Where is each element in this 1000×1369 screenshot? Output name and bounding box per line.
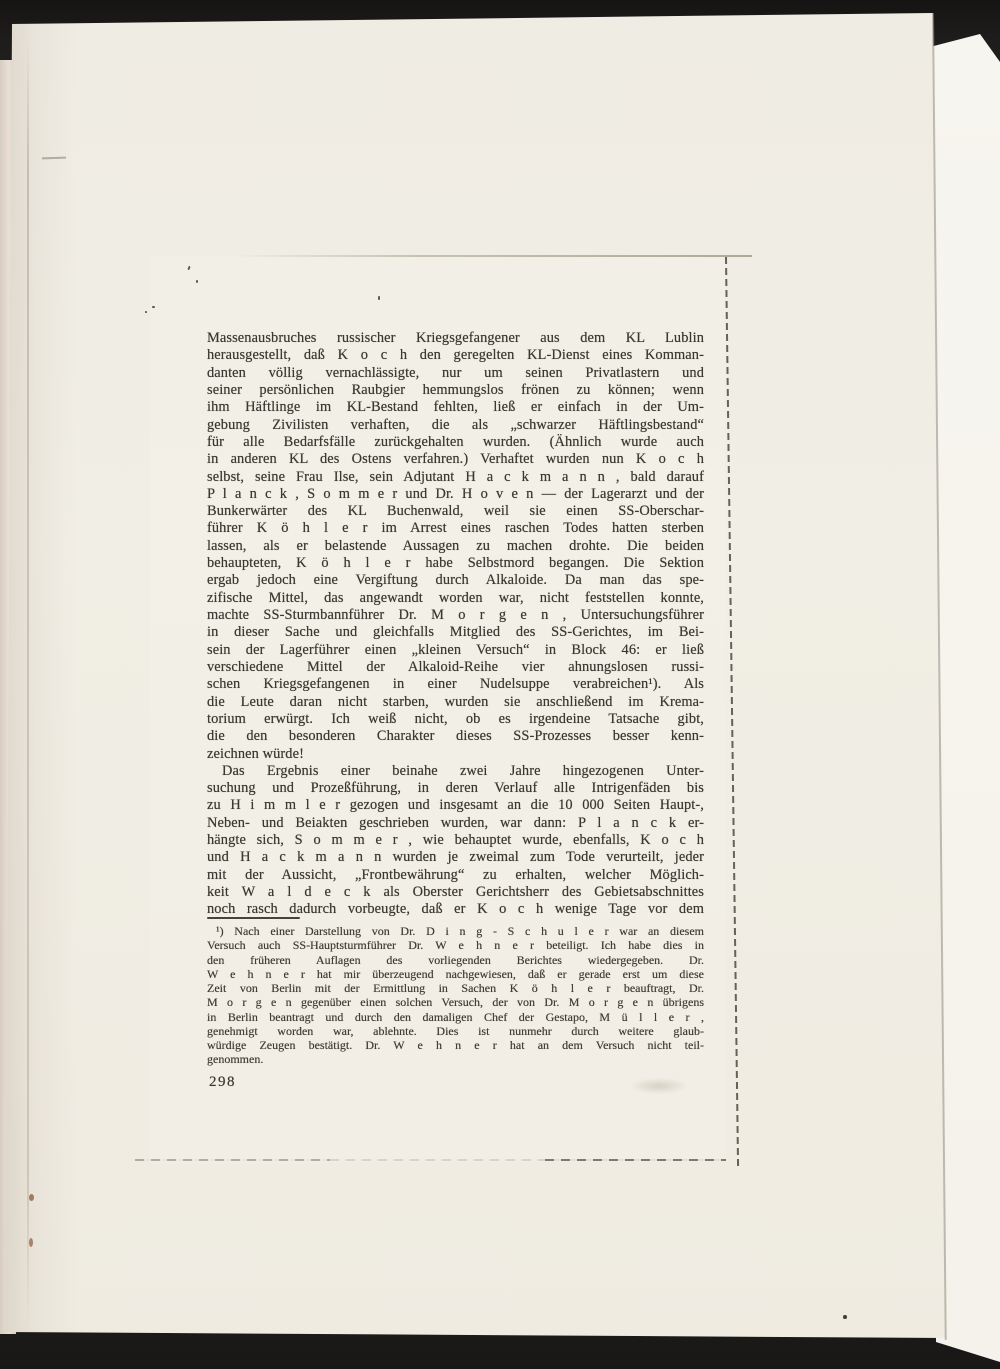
text-line: führer K ö h l e r im Arrest eines rasch… — [207, 520, 704, 537]
page-number: 298 — [209, 1074, 236, 1091]
show-through-smudge — [630, 1078, 688, 1094]
text-line: schen Kriegsgefangenen in einer Nudelsup… — [207, 676, 704, 693]
text-line: zu H i m m l e r gezogen und insgesamt a… — [207, 797, 704, 814]
ink-speck — [843, 1315, 847, 1319]
text-line: gebung Zivilisten verhaften, die als „sc… — [207, 417, 704, 434]
footnote-line: ¹) Nach einer Darstellung von Dr. D i n … — [207, 924, 704, 938]
text-line: lassen, als er belastende Aussagen zu ma… — [207, 538, 704, 555]
photocopy-bottom-edge — [330, 1159, 545, 1161]
book-page: Massenausbruches russischer Kriegsgefang… — [0, 0, 1000, 1369]
text-line: ergab jedoch eine Vergiftung durch Alkal… — [207, 572, 704, 589]
footnote-line: genehmigt worden war, ablehnte. Dies ist… — [207, 1024, 704, 1038]
footnote-line: W e h n e r hat mir überzeugend nachgewi… — [207, 967, 704, 981]
body-text: Massenausbruches russischer Kriegsgefang… — [207, 330, 704, 919]
text-line: mit der Aussicht, „Frontbewährung“ zu er… — [207, 867, 704, 884]
text-line: seiner persönlichen Raubgier hemmungslos… — [207, 382, 704, 399]
ink-speck — [145, 311, 147, 313]
gutter-fold-line — [27, 40, 29, 1328]
footnote-line: genommen. — [207, 1052, 704, 1066]
text-line: und H a c k m a n n wurden je zweimal zu… — [207, 849, 704, 866]
text-line: Massenausbruches russischer Kriegsgefang… — [207, 330, 704, 347]
photocopy-bottom-edge — [135, 1159, 330, 1161]
footnote-text: ¹) Nach einer Darstellung von Dr. D i n … — [207, 924, 704, 1067]
photocopy-bottom-edge — [545, 1159, 726, 1161]
ink-speck — [378, 296, 380, 300]
text-line: sein der Lagerführer einen „kleinen Vers… — [207, 642, 704, 659]
footnote-line: in Berlin beantragt und durch den damali… — [207, 1010, 704, 1024]
text-line: keit W a l d e c k als Oberster Gerichts… — [207, 884, 704, 901]
text-line: die den besonderen Charakter dieses SS-P… — [207, 728, 704, 745]
text-line: torium erwürgt. Ich weiß nicht, ob es ir… — [207, 711, 704, 728]
ink-speck — [152, 306, 155, 308]
text-line: in anderen KL des Ostens verfahren.) Ver… — [207, 451, 704, 468]
text-line: Das Ergebnis einer beinahe zwei Jahre hi… — [207, 763, 704, 780]
ink-speck — [196, 280, 198, 283]
photocopy-right-edge — [725, 257, 739, 1167]
text-line: ihm Häftlinge im KL-Bestand fehlten, lie… — [207, 399, 704, 416]
text-line: die Leute daran nicht starben, wurden si… — [207, 694, 704, 711]
text-line: Neben- und Beiakten geschrieben wurden, … — [207, 815, 704, 832]
text-line: behaupteten, K ö h l e r habe Selbstmord… — [207, 555, 704, 572]
footnote-line: Versuch auch SS-Hauptsturmführer Dr. W e… — [207, 938, 704, 952]
binding-stain — [29, 1238, 33, 1247]
text-line: hängte sich, S o m m e r , wie behauptet… — [207, 832, 704, 849]
text-line: in dieser Sache und gleichfalls Mitglied… — [207, 624, 704, 641]
text-line: verschiedene Mittel der Alkaloid-Reihe v… — [207, 659, 704, 676]
photocopy-top-edge — [230, 255, 752, 257]
text-line: machte SS-Sturmbannführer Dr. M o r g e … — [207, 607, 704, 624]
text-line: suchung und Prozeßführung, in deren Verl… — [207, 780, 704, 797]
text-line: P l a n c k , S o m m e r und Dr. H o v … — [207, 486, 704, 503]
pencil-mark — [42, 157, 66, 160]
text-line: danten völlig vernachlässigte, nur um se… — [207, 365, 704, 382]
text-line: selbst, seine Frau Ilse, sein Adjutant H… — [207, 469, 704, 486]
footnote-line: den früheren Auflagen des vorliegenden B… — [207, 953, 704, 967]
text-line: für alle Bedarfsfälle zurückgehalten wur… — [207, 434, 704, 451]
footnote-line: M o r g e n gegenüber einen solchen Vers… — [207, 995, 704, 1009]
text-line: zeichnen würde! — [207, 746, 704, 763]
binding-stain — [29, 1194, 34, 1201]
footnote-line: Zeit von Berlin mit der Ermittlung in Sa… — [207, 981, 704, 995]
text-line: Bunkerwärter des KL Buchenwald, weil sie… — [207, 503, 704, 520]
text-line: zifische Mittel, das angewandt worden wa… — [207, 590, 704, 607]
text-line: herausgestellt, daß K o c h den geregelt… — [207, 347, 704, 364]
footnote-line: würdige Zeugen bestätigt. Dr. W e h n e … — [207, 1038, 704, 1052]
